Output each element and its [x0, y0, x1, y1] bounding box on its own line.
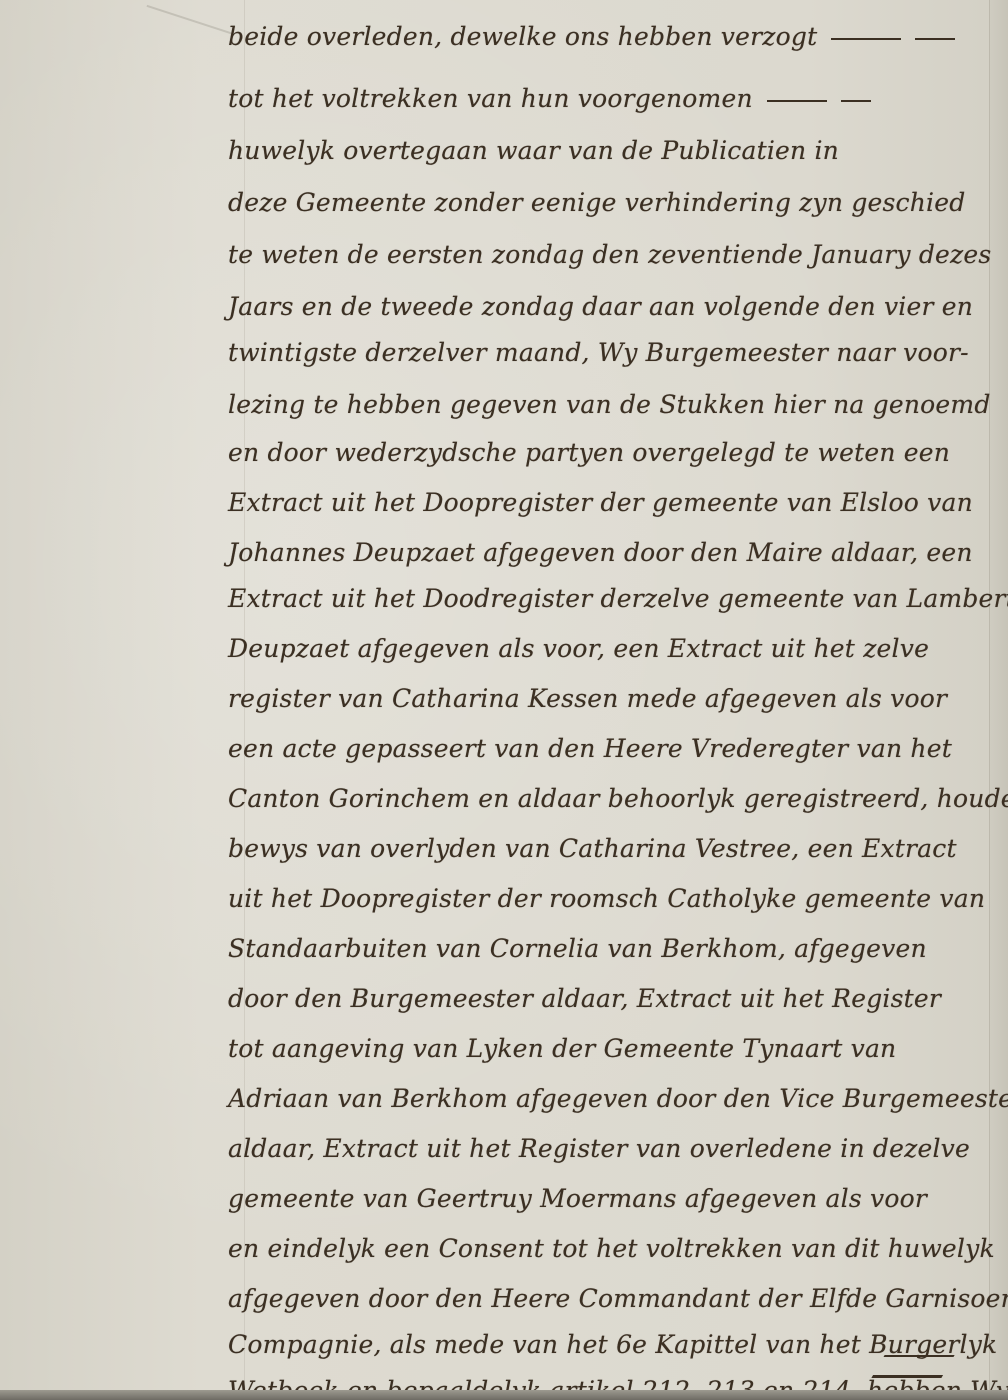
text-line-15: een acte gepasseert van den Heere Vreder…	[228, 734, 952, 763]
text-line-4: deze Gemeente zonder eenige verhindering…	[228, 188, 965, 217]
text-line-3: huwelyk overtegaan waar van de Publicati…	[228, 136, 839, 165]
line-filler-flourish	[871, 1355, 954, 1378]
text-line-5: te weten de eersten zondag den zeventien…	[228, 240, 991, 269]
text-line-22: Adriaan van Berkhom afgegeven door den V…	[228, 1084, 1008, 1113]
text-line-6: Jaars en de tweede zondag daar aan volge…	[228, 292, 973, 321]
text-line-12: Extract uit het Doodregister derzelve ge…	[228, 584, 1008, 613]
document-page: beide overleden, dewelke ons hebben verz…	[0, 0, 1008, 1400]
ink-smudge	[137, 5, 232, 63]
text-line-10: Extract uit het Doopregister der gemeent…	[228, 488, 973, 517]
text-line-11: Johannes Deupzaet afgegeven door den Mai…	[228, 538, 973, 567]
text-line-20: door den Burgemeester aldaar, Extract ui…	[228, 984, 941, 1013]
text-line-8: lezing te hebben gegeven van de Stukken …	[228, 390, 991, 419]
text-line-13: Deupzaet afgegeven als voor, een Extract…	[228, 634, 929, 663]
text-line-24: gemeente van Geertruy Moermans afgegeven…	[228, 1184, 927, 1213]
text-line-18: uit het Doopregister der roomsch Catholy…	[228, 884, 985, 913]
text-line-21: tot aangeving van Lyken der Gemeente Tyn…	[228, 1034, 896, 1063]
page-bottom-edge	[0, 1390, 1008, 1400]
text-line-27: Compagnie, als mede van het 6e Kapittel …	[228, 1330, 997, 1359]
text-line-23: aldaar, Extract uit het Register van ove…	[228, 1134, 970, 1163]
page-right-edge	[989, 0, 1008, 1400]
text-line-7: twintigste derzelver maand, Wy Burgemees…	[228, 338, 969, 367]
text-line-19: Standaarbuiten van Cornelia van Berkhom,…	[228, 934, 927, 963]
text-line-17: bewys van overlyden van Catharina Vestre…	[228, 834, 957, 863]
text-line-25: en eindelyk een Consent tot het voltrekk…	[228, 1234, 995, 1263]
text-line-9: en door wederzydsche partyen overgelegd …	[228, 438, 950, 467]
text-line-16: Canton Gorinchem en aldaar behoorlyk ger…	[228, 784, 1008, 813]
text-line-26: afgegeven door den Heere Commandant der …	[228, 1284, 1008, 1313]
text-line-14: register van Catharina Kessen mede afgeg…	[228, 684, 947, 713]
text-line-2: tot het voltrekken van hun voorgenomen	[228, 84, 871, 113]
text-line-1: beide overleden, dewelke ons hebben verz…	[228, 22, 955, 51]
